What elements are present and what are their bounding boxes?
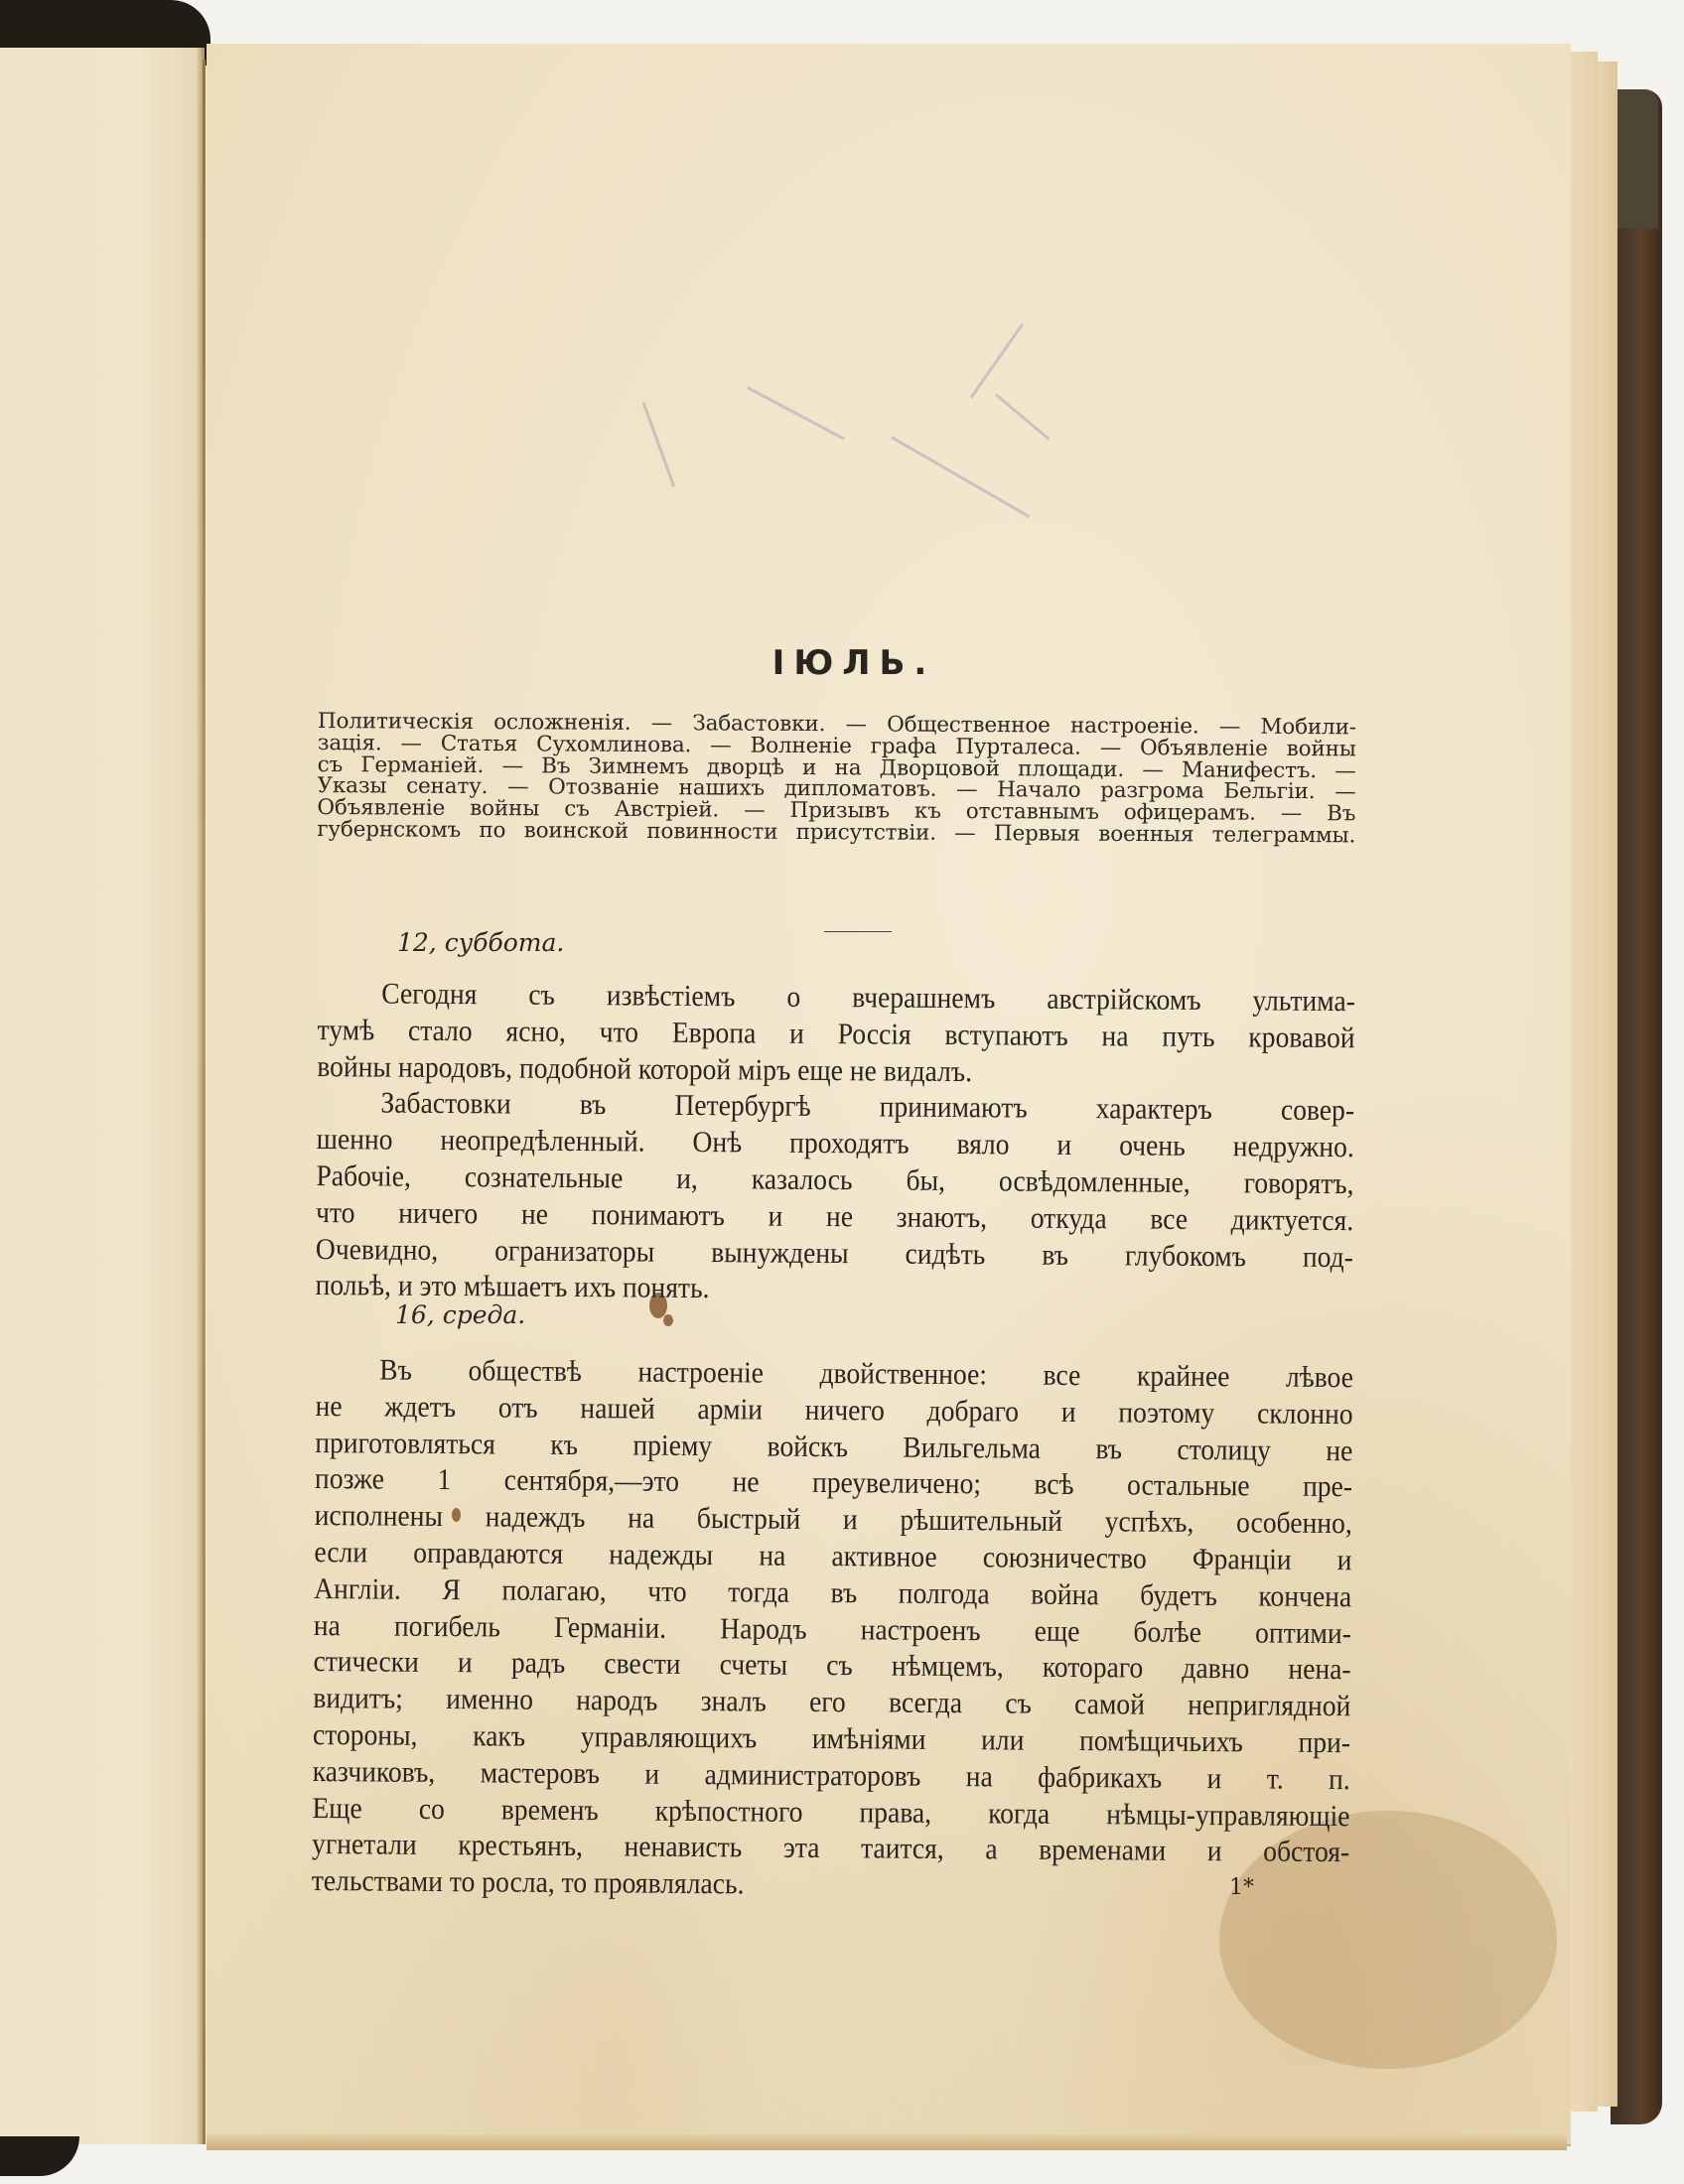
chapter-title: ІЮЛЬ. <box>12 643 1684 683</box>
printed-page-content: ІЮЛЬ. Политическія осложненія. — Забасто… <box>0 0 1684 2184</box>
chapter-summary: Политическія осложненія. — Забастовки. —… <box>317 711 1356 847</box>
entry-date: 12, суббота. <box>397 928 564 957</box>
section-divider <box>824 931 892 932</box>
entry-body: Въ обществѣ настроеніе двойственное: все… <box>312 1352 1354 1908</box>
body-line: тельствами то росла, то проявлялась. <box>312 1863 1349 1908</box>
entry-date: 16, среда. <box>395 1300 525 1329</box>
summary-line: губернскомъ по воинской повинности прису… <box>317 819 1355 847</box>
entry-body: Сегодня съ извѣстіемъ о вчерашнемъ австр… <box>315 976 1356 1312</box>
page-signature-mark: 1* <box>1229 1875 1254 1900</box>
